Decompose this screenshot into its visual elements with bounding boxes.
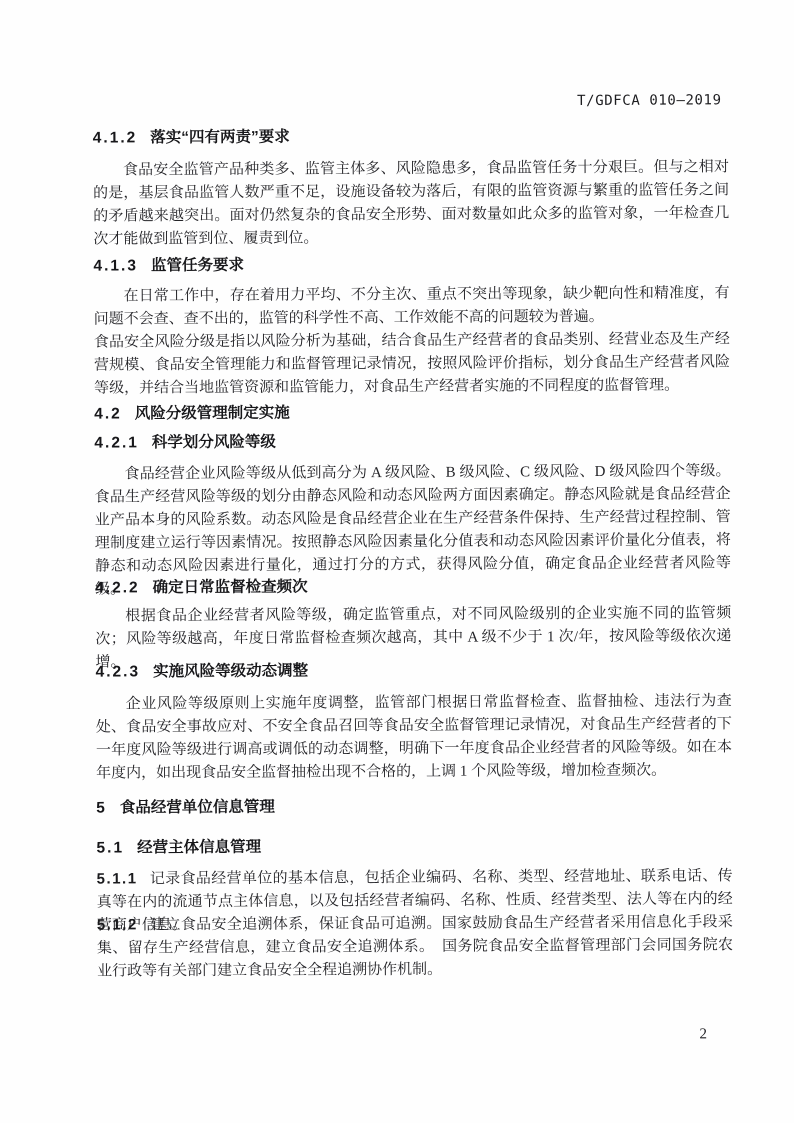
section-number: 5.1: [96, 839, 124, 856]
section-heading-4-2: 4.2风险分级管理制定实施: [94, 402, 730, 423]
clause-number: 5.1.1: [97, 870, 138, 887]
section-title: 确定日常监督检查频次: [153, 578, 308, 596]
section-number: 4.1.3: [93, 257, 138, 274]
section-title: 监管任务要求: [151, 257, 244, 274]
section-title: 经营主体信息管理: [137, 839, 261, 857]
section-number: 5: [96, 800, 107, 817]
paragraph: 食品安全风险分级是指以风险分析为基础，结合食品生产经营者的食品类别、经营业态及生…: [94, 328, 730, 400]
document-page: T/GDFCA 010—2019 4.1.2落实“四有两责”要求 食品安全监管产…: [0, 0, 794, 1123]
section-heading-4-2-2: 4.2.2确定日常监督检查频次: [95, 576, 731, 597]
section-heading-4-2-3: 4.2.3实施风险等级动态调整: [96, 660, 732, 681]
chapter-heading-5: 5食品经营单位信息管理: [96, 796, 732, 817]
section-heading-4-2-1: 4.2.1科学划分风险等级: [94, 431, 730, 452]
section-title: 落实“四有两责”要求: [150, 129, 290, 147]
section-number: 4.2.2: [95, 579, 140, 596]
scanned-page-content: T/GDFCA 010—2019 4.1.2落实“四有两责”要求 食品安全监管产…: [0, 0, 794, 1123]
clause-number: 5.1.2: [97, 916, 138, 933]
section-number: 4.2.3: [96, 663, 141, 680]
section-title: 食品经营单位信息管理: [120, 799, 275, 817]
paragraph: 在日常工作中，存在着用力平均、不分主次、重点不突出等现象，缺少靶向性和精准度，有…: [94, 282, 730, 331]
section-title: 实施风险等级动态调整: [153, 662, 308, 680]
paragraph: 食品安全监管产品种类多、监管主体多、风险隐患多，食品监管任务十分艰巨。但与之相对…: [93, 156, 729, 251]
section-title: 风险分级管理制定实施: [135, 405, 290, 423]
clause-text: 建立食品安全追溯体系，保证食品可追溯。国家鼓励食品生产经营者采用信息化手段采集、…: [97, 914, 733, 979]
section-number: 4.1.2: [93, 129, 138, 146]
page-number: 2: [699, 1026, 707, 1043]
section-heading-4-1-2: 4.1.2落实“四有两责”要求: [93, 126, 729, 147]
section-title: 科学划分风险等级: [152, 434, 276, 452]
doc-reference-header: T/GDFCA 010—2019: [93, 92, 722, 111]
section-heading-4-1-3: 4.1.3监管任务要求: [93, 254, 729, 275]
section-heading-5-1: 5.1经营主体信息管理: [96, 836, 732, 857]
section-number: 4.2: [94, 405, 122, 422]
section-number: 4.2.1: [94, 434, 139, 451]
paragraph: 企业风险等级原则上实施年度调整，监管部门根据日常监督检查、监督抽检、违法行为查处…: [96, 690, 732, 785]
clause-paragraph-5-1-2: 5.1.2建立食品安全追溯体系，保证食品可追溯。国家鼓励食品生产经营者采用信息化…: [97, 910, 733, 983]
